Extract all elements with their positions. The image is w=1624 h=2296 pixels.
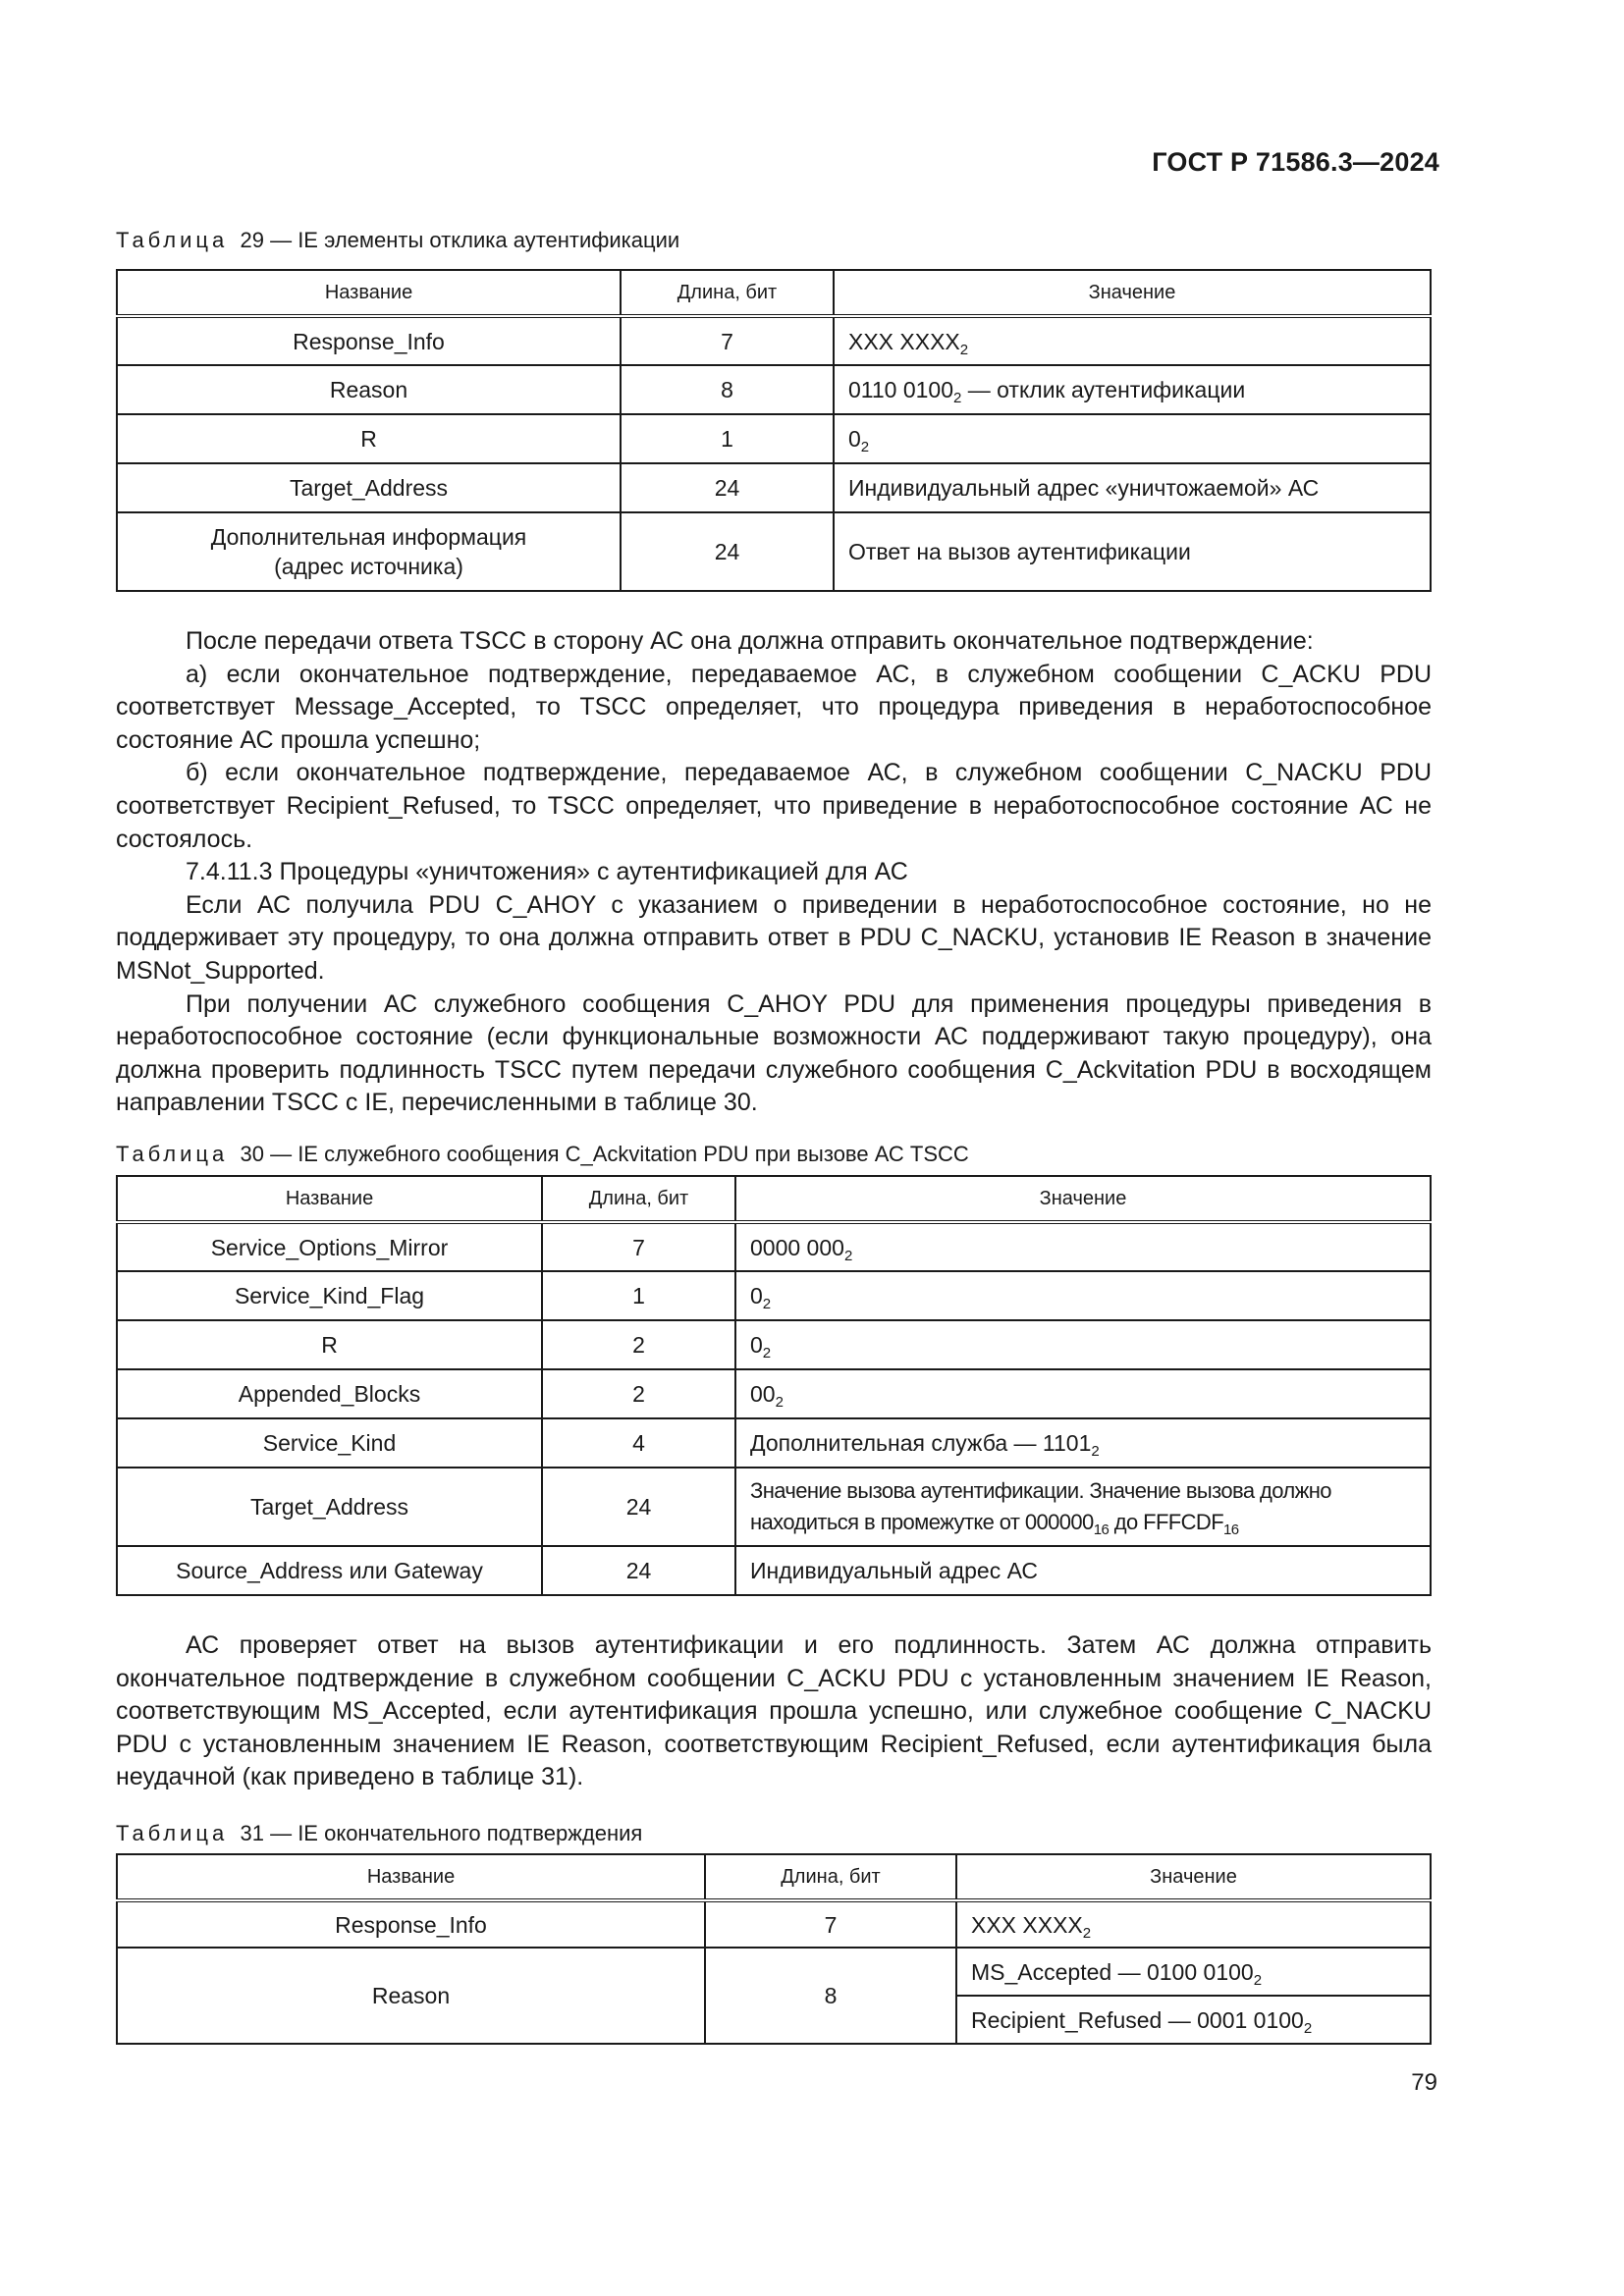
table-29: Название Длина, бит Значение Response_In… (116, 269, 1432, 592)
caption-word: Таблица (116, 1142, 228, 1166)
col-header-length: Длина, бит (705, 1854, 956, 1900)
cell-length: 7 (621, 316, 834, 365)
cell-length: 7 (705, 1900, 956, 1948)
cell-value: Индивидуальный адрес АС (735, 1546, 1431, 1595)
cell-name: Response_Info (117, 316, 621, 365)
cell-name: Reason (117, 1948, 705, 2044)
cell-value: 002 (735, 1369, 1431, 1418)
col-header-name: Название (117, 1854, 705, 1900)
cell-length: 8 (621, 365, 834, 414)
table-30: Название Длина, бит Значение Service_Opt… (116, 1175, 1432, 1596)
table-row: Service_Options_Mirror 7 0000 0002 (117, 1222, 1431, 1271)
table-row: Reason 8 0110 01002 — отклик аутентифика… (117, 365, 1431, 414)
cell-length: 7 (542, 1222, 735, 1271)
col-header-value: Значение (735, 1176, 1431, 1222)
cell-value: MS_Accepted — 0100 01002 (956, 1948, 1431, 1996)
table-row: R 2 02 (117, 1320, 1431, 1369)
cell-name: Appended_Blocks (117, 1369, 542, 1418)
table-row: Source_Address или Gateway 24 Индивидуал… (117, 1546, 1431, 1595)
cell-length: 24 (621, 463, 834, 512)
cell-name: R (117, 414, 621, 463)
table-30-caption: Таблица 30 — IE служебного сообщения C_A… (116, 1142, 969, 1167)
cell-name: Source_Address или Gateway (117, 1546, 542, 1595)
cell-name: Service_Options_Mirror (117, 1222, 542, 1271)
paragraph: а) если окончательное подтверждение, пер… (116, 659, 1432, 758)
cell-value: Ответ на вызов аутентификации (834, 512, 1431, 591)
paragraph: б) если окончательное подтверждение, пер… (116, 757, 1432, 856)
table-31-caption: Таблица 31 — IE окончательного подтвержд… (116, 1821, 642, 1846)
col-header-length: Длина, бит (621, 270, 834, 316)
table-row: Target_Address 24 Индивидуальный адрес «… (117, 463, 1431, 512)
cell-name: Reason (117, 365, 621, 414)
cell-length: 4 (542, 1418, 735, 1468)
caption-word: Таблица (116, 1821, 228, 1845)
section-heading: 7.4.11.3 Процедуры «уничтожения» с аутен… (116, 856, 1432, 889)
paragraph: Если АС получила PDU C_AHOY с указанием … (116, 889, 1432, 988)
col-header-name: Название (117, 270, 621, 316)
paragraph: При получении АС служебного сообщения C_… (116, 988, 1432, 1120)
table-row: Reason 8 MS_Accepted — 0100 01002 (117, 1948, 1431, 1996)
table-row: Response_Info 7 XXX XXXX2 (117, 1900, 1431, 1948)
table-row: Appended_Blocks 2 002 (117, 1369, 1431, 1418)
table-31: Название Длина, бит Значение Response_In… (116, 1853, 1432, 2045)
caption-text: 29 — IE элементы отклика аутентификации (241, 228, 680, 252)
cell-value: XXX XXXX2 (834, 316, 1431, 365)
cell-value: Дополнительная служба — 11012 (735, 1418, 1431, 1468)
cell-name: Response_Info (117, 1900, 705, 1948)
caption-text: 31 — IE окончательного подтверждения (241, 1821, 643, 1845)
cell-length: 2 (542, 1369, 735, 1418)
cell-length: 2 (542, 1320, 735, 1369)
cell-length: 24 (542, 1546, 735, 1595)
cell-value: XXX XXXX2 (956, 1900, 1431, 1948)
table-row: Response_Info 7 XXX XXXX2 (117, 316, 1431, 365)
cell-value: 02 (834, 414, 1431, 463)
cell-value: Recipient_Refused — 0001 01002 (956, 1996, 1431, 2044)
table-row: R 1 02 (117, 414, 1431, 463)
cell-length: 24 (542, 1468, 735, 1546)
cell-value: Индивидуальный адрес «уничтожаемой» АС (834, 463, 1431, 512)
cell-value: 0000 0002 (735, 1222, 1431, 1271)
cell-name: Дополнительная информация (адрес источни… (117, 512, 621, 591)
cell-length: 24 (621, 512, 834, 591)
col-header-name: Название (117, 1176, 542, 1222)
cell-name: Target_Address (117, 1468, 542, 1546)
document-id: ГОСТ Р 71586.3—2024 (1152, 147, 1439, 178)
table-row: Target_Address 24 Значение вызова аутент… (117, 1468, 1431, 1546)
cell-name: Service_Kind_Flag (117, 1271, 542, 1320)
cell-length: 1 (621, 414, 834, 463)
cell-length: 8 (705, 1948, 956, 2044)
cell-length: 1 (542, 1271, 735, 1320)
caption-text: 30 — IE служебного сообщения C_Ackvitati… (241, 1142, 969, 1166)
cell-name: R (117, 1320, 542, 1369)
cell-value: Значение вызова аутентификации. Значение… (735, 1468, 1431, 1546)
cell-value: 02 (735, 1320, 1431, 1369)
body-text-2: АС проверяет ответ на вызов аутентификац… (116, 1629, 1432, 1794)
body-text-1: После передачи ответа TSCC в сторону АС … (116, 625, 1432, 1120)
col-header-value: Значение (834, 270, 1431, 316)
paragraph: После передачи ответа TSCC в сторону АС … (116, 625, 1432, 659)
col-header-value: Значение (956, 1854, 1431, 1900)
table-29-caption: Таблица 29 — IE элементы отклика аутенти… (116, 228, 679, 253)
table-row: Дополнительная информация (адрес источни… (117, 512, 1431, 591)
cell-value: 0110 01002 — отклик аутентификации (834, 365, 1431, 414)
cell-name: Target_Address (117, 463, 621, 512)
table-row: Service_Kind 4 Дополнительная служба — 1… (117, 1418, 1431, 1468)
paragraph: АС проверяет ответ на вызов аутентификац… (116, 1629, 1432, 1794)
cell-value: 02 (735, 1271, 1431, 1320)
page-number: 79 (1411, 2069, 1437, 2097)
caption-word: Таблица (116, 228, 228, 252)
col-header-length: Длина, бит (542, 1176, 735, 1222)
cell-name: Service_Kind (117, 1418, 542, 1468)
table-row: Service_Kind_Flag 1 02 (117, 1271, 1431, 1320)
